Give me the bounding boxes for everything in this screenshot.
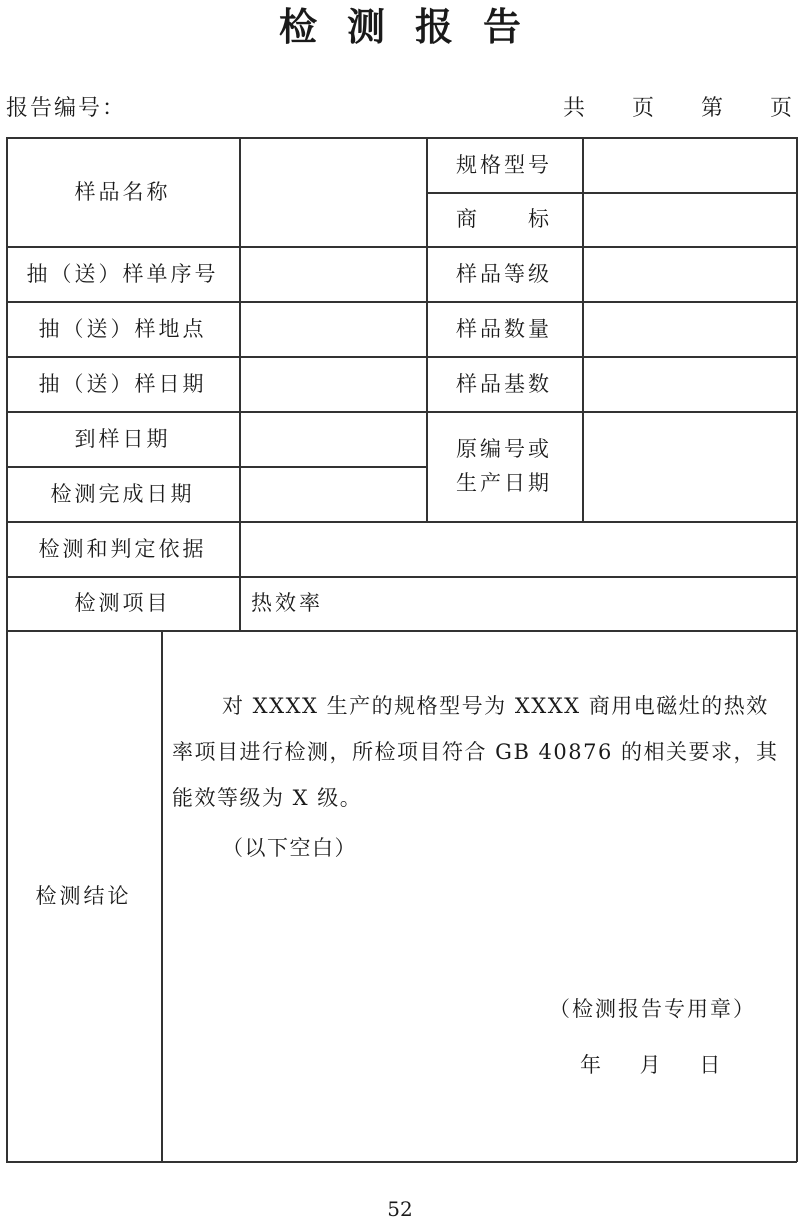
completion-date-value[interactable] <box>239 466 426 521</box>
original-no-value[interactable] <box>582 411 796 521</box>
sample-grade-value[interactable] <box>582 246 796 301</box>
report-number-label: 报告编号： <box>6 94 126 124</box>
sample-quantity-value[interactable] <box>582 301 796 356</box>
sample-name-value[interactable] <box>239 137 426 246</box>
completion-date-label: 检测完成日期 <box>6 466 239 521</box>
sampling-order-label: 抽（送）样单序号 <box>6 246 239 301</box>
page-title: 检测报告 <box>0 4 800 50</box>
sample-grade-label: 样品等级 <box>426 246 582 301</box>
spec-model-value[interactable] <box>582 137 796 192</box>
conclusion-paragraph: 对 XXXX 生产的规格型号为 XXXX 商用电磁灶的热效率项目进行检测，所检项… <box>172 683 788 821</box>
trademark-value[interactable] <box>582 192 796 246</box>
sampling-location-label: 抽（送）样地点 <box>6 301 239 356</box>
table-border-bottom <box>6 1161 797 1163</box>
table-border-right <box>796 137 798 1162</box>
spec-model-label: 规格型号 <box>426 137 582 192</box>
table-line <box>161 630 163 1161</box>
sample-name-label: 样品名称 <box>6 137 239 246</box>
stamp-label: （检测报告专用章） <box>549 992 756 1026</box>
conclusion-text: 对 XXXX 生产的规格型号为 XXXX 商用电磁灶的热效率项目进行检测，所检项… <box>172 683 788 871</box>
test-item-value[interactable]: 热效率 <box>239 576 796 630</box>
blank-note: （以下空白） <box>172 825 788 871</box>
sampling-location-value[interactable] <box>239 301 426 356</box>
original-no-label-line2: 生产日期 <box>456 466 552 500</box>
test-item-label: 检测项目 <box>6 576 239 630</box>
sampling-order-value[interactable] <box>239 246 426 301</box>
basis-label: 检测和判定依据 <box>6 521 239 576</box>
sampling-date-label: 抽（送）样日期 <box>6 356 239 411</box>
sample-base-label: 样品基数 <box>426 356 582 411</box>
page-info: 共 页 第 页 <box>563 94 800 124</box>
sample-quantity-label: 样品数量 <box>426 301 582 356</box>
date-label: 年 月 日 <box>580 1048 722 1082</box>
page-number: 52 <box>0 1196 800 1222</box>
sampling-date-value[interactable] <box>239 356 426 411</box>
sample-base-value[interactable] <box>582 356 796 411</box>
trademark-label: 商 标 <box>426 192 582 246</box>
conclusion-label: 检测结论 <box>6 630 161 1161</box>
basis-value[interactable] <box>239 521 796 576</box>
arrival-date-value[interactable] <box>239 411 426 466</box>
original-no-label-line1: 原编号或 <box>456 432 552 466</box>
arrival-date-label: 到样日期 <box>6 411 239 466</box>
original-no-label: 原编号或 生产日期 <box>426 411 582 521</box>
